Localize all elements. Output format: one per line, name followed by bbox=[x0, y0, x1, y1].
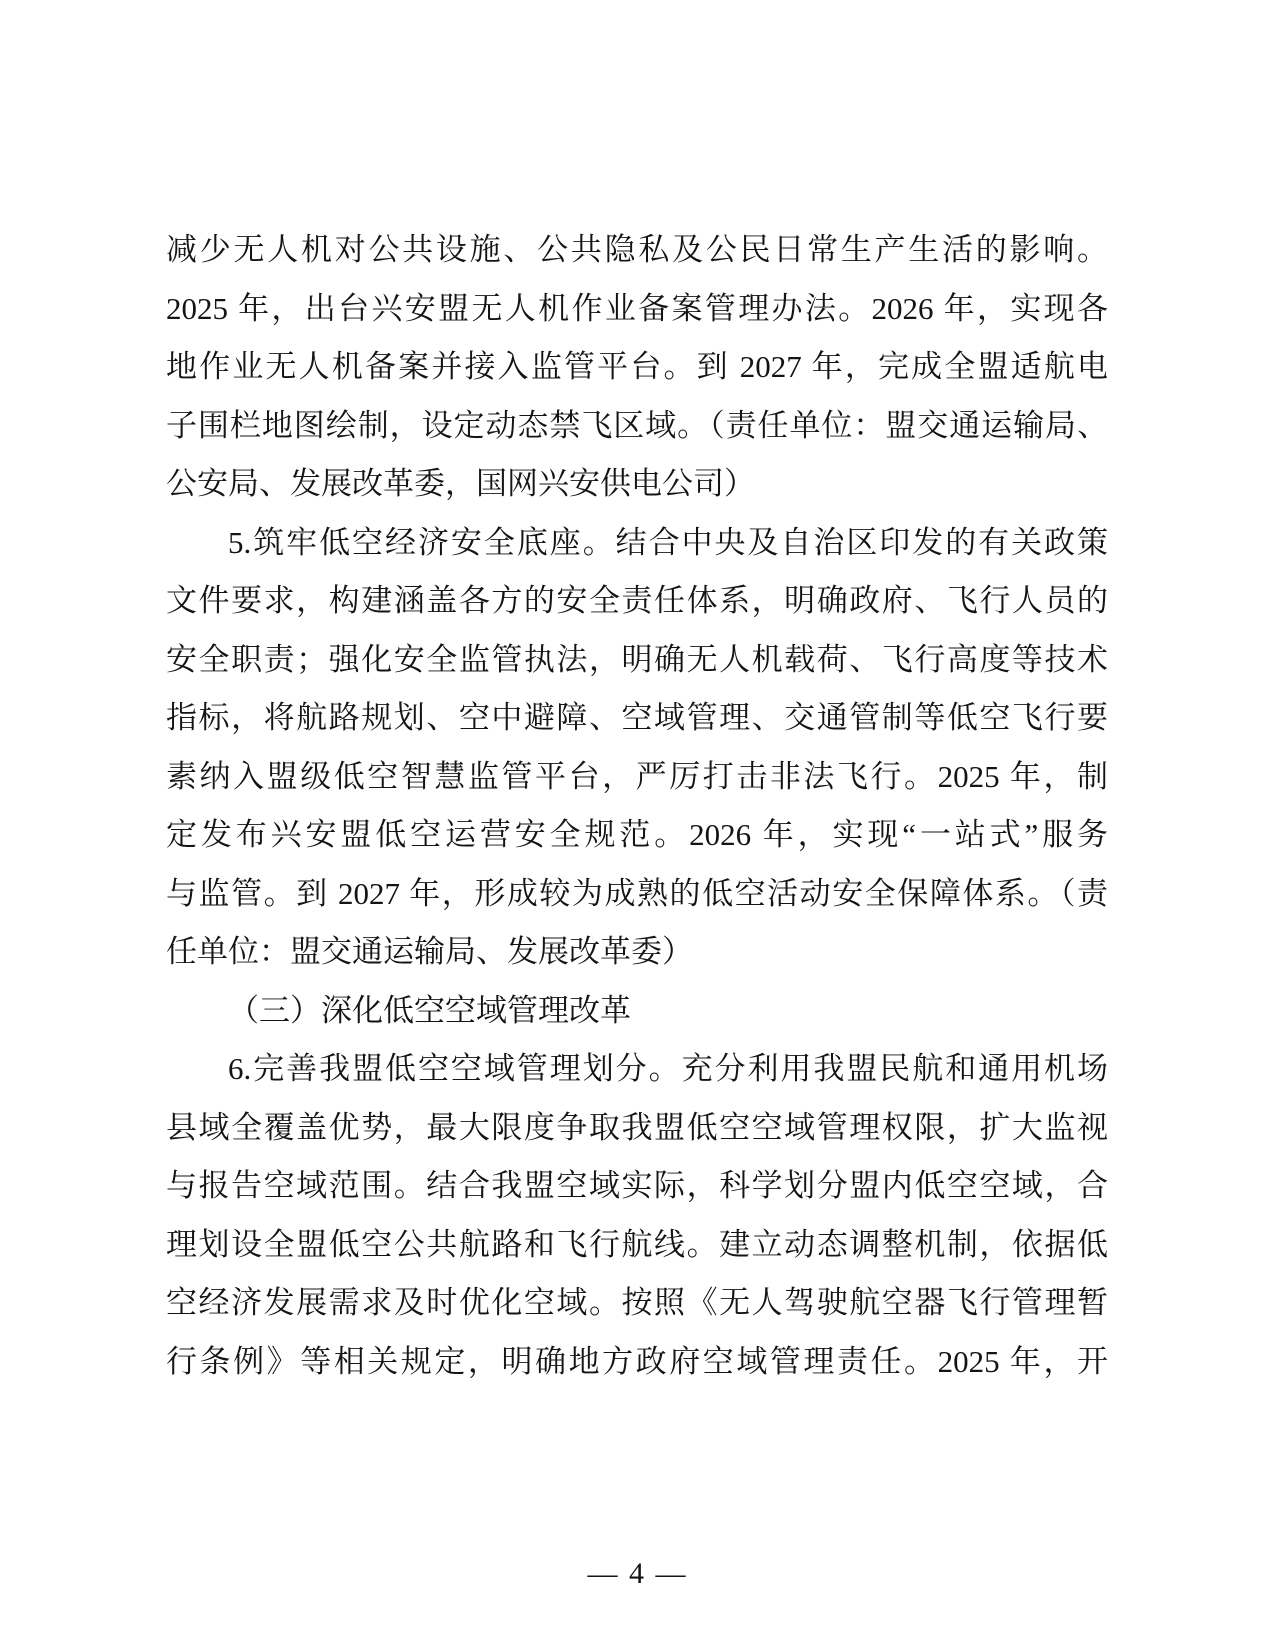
text-line: 公安局、发展改革委，国网兴安供电公司） bbox=[166, 455, 1108, 514]
text-line: 行条例》等相关规定，明确地方政府空域管理责任。2025 年，开 bbox=[166, 1333, 1108, 1392]
text-line: 素纳入盟级低空智慧监管平台，严厉打击非法飞行。2025 年，制 bbox=[166, 748, 1108, 807]
text-line: 指标，将航路规划、空中避障、空域管理、交通管制等低空飞行要 bbox=[166, 689, 1108, 748]
text-line: 2025 年，出台兴安盟无人机作业备案管理办法。2026 年，实现各 bbox=[166, 280, 1108, 339]
text-line: 与报告空域范围。结合我盟空域实际，科学划分盟内低空空域，合 bbox=[166, 1157, 1108, 1216]
text-line: 理划设全盟低空公共航路和飞行航线。建立动态调整机制，依据低 bbox=[166, 1216, 1108, 1275]
document-body: 减少无人机对公共设施、公共隐私及公民日常生产生活的影响。2025 年，出台兴安盟… bbox=[166, 221, 1108, 1391]
text-line: 与监管。到 2027 年，形成较为成熟的低空活动安全保障体系。（责 bbox=[166, 865, 1108, 924]
text-line: 文件要求，构建涵盖各方的安全责任体系，明确政府、飞行人员的 bbox=[166, 572, 1108, 631]
text-line: 任单位：盟交通运输局、发展改革委） bbox=[166, 923, 1108, 982]
text-line: 减少无人机对公共设施、公共隐私及公民日常生产生活的影响。 bbox=[166, 221, 1108, 280]
text-line: 安全职责；强化安全监管执法，明确无人机载荷、飞行高度等技术 bbox=[166, 631, 1108, 690]
text-line: 子围栏地图绘制，设定动态禁飞区域。（责任单位：盟交通运输局、 bbox=[166, 397, 1108, 456]
section-heading: （三）深化低空空域管理改革 bbox=[166, 982, 1108, 1041]
text-line: 县域全覆盖优势，最大限度争取我盟低空空域管理权限，扩大监视 bbox=[166, 1099, 1108, 1158]
text-line: 空经济发展需求及时优化空域。按照《无人驾驶航空器飞行管理暂 bbox=[166, 1274, 1108, 1333]
page-number: — 4 — bbox=[588, 1557, 688, 1590]
text-line: 地作业无人机备案并接入监管平台。到 2027 年，完成全盟适航电 bbox=[166, 338, 1108, 397]
document-page: 减少无人机对公共设施、公共隐私及公民日常生产生活的影响。2025 年，出台兴安盟… bbox=[0, 0, 1275, 1650]
text-line: 5.筑牢低空经济安全底座。结合中央及自治区印发的有关政策 bbox=[166, 514, 1108, 573]
page-footer: — 4 — bbox=[0, 1545, 1275, 1603]
text-line: 定发布兴安盟低空运营安全规范。2026 年，实现“一站式”服务 bbox=[166, 806, 1108, 865]
text-line: 6.完善我盟低空空域管理划分。充分利用我盟民航和通用机场 bbox=[166, 1040, 1108, 1099]
